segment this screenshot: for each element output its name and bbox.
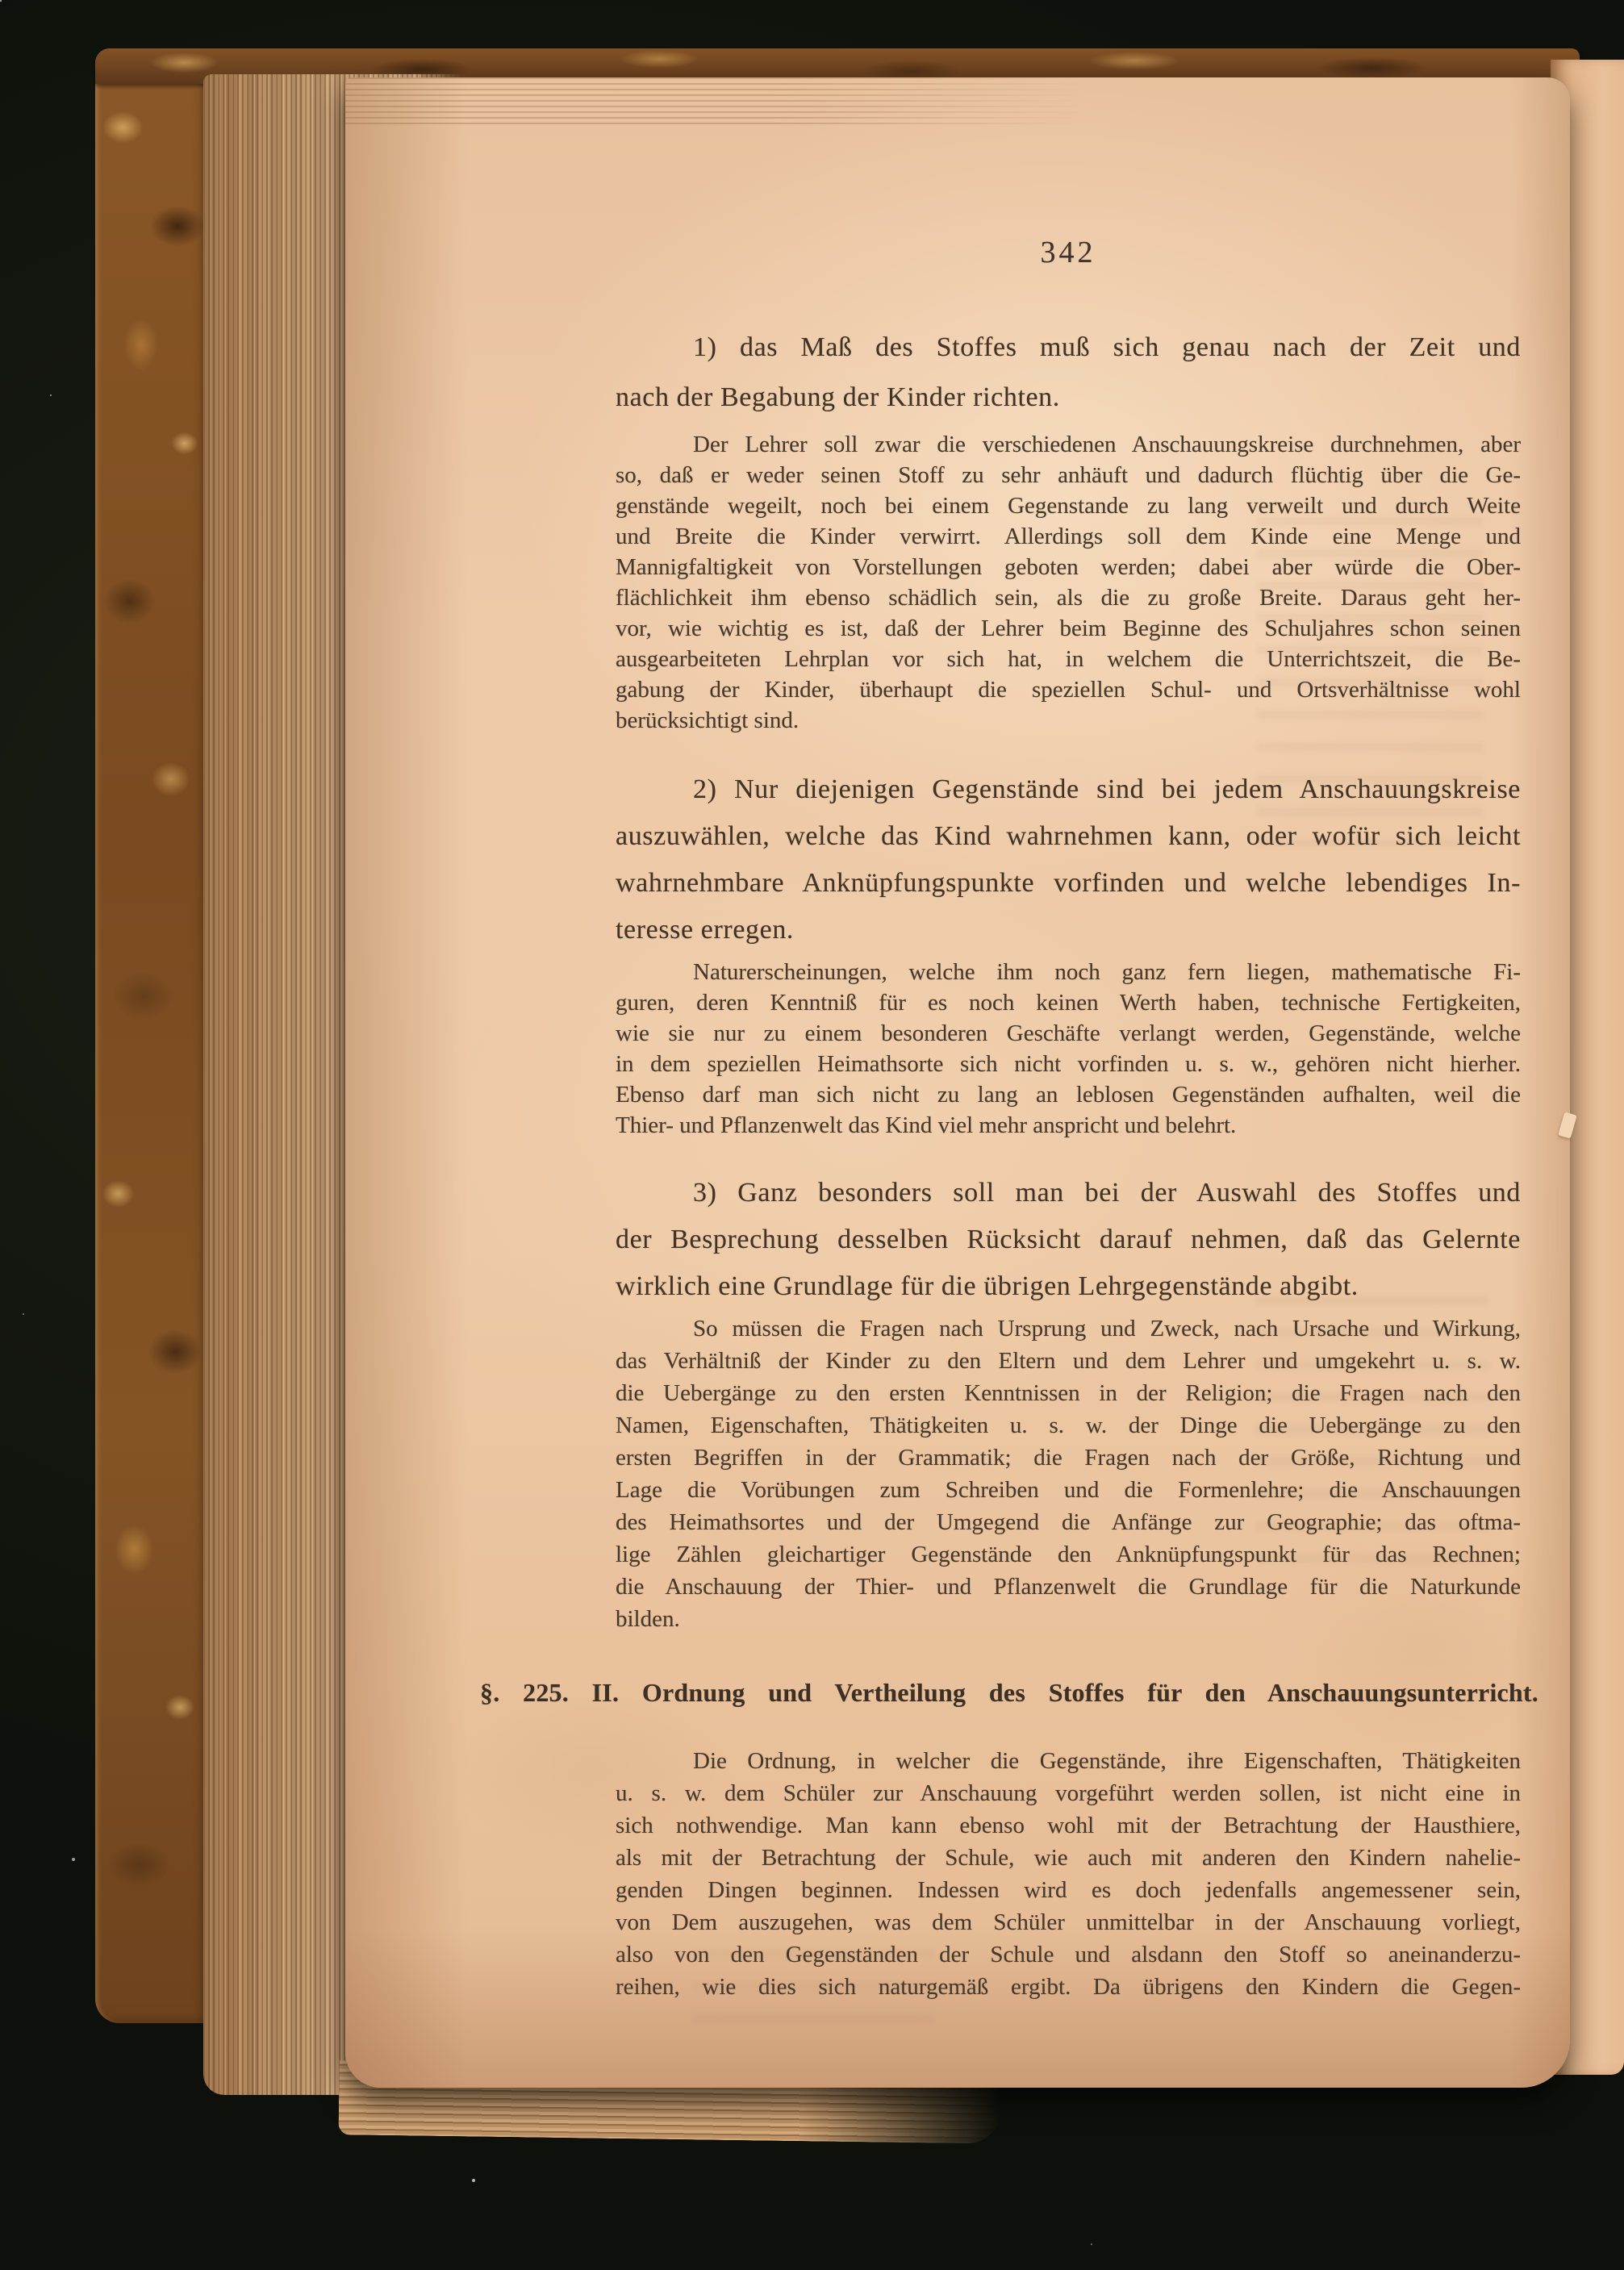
text-line: §. 225. II. Ordnung und Vertheilung des … — [480, 1674, 1538, 1711]
text-line: bilden. — [616, 1603, 1521, 1635]
text-line: auszuwählen, welche das Kind wahrnehmen … — [616, 813, 1521, 860]
text-line: genden Dingen beginnen. Indessen wird es… — [616, 1874, 1521, 1906]
body-paragraph: So müssen die Fragen nach Ursprung und Z… — [616, 1312, 1521, 1635]
text-line: in dem speziellen Heimathsorte sich nich… — [616, 1049, 1521, 1079]
page-text-block: 342 1) das Maß des Stoffes muß sich gena… — [616, 234, 1521, 2003]
page-number: 342 — [616, 234, 1521, 271]
text-line: Namen, Eigenschaften, Thätigkeiten u. s.… — [616, 1409, 1521, 1442]
text-line: sich nothwendige. Man kann ebenso wohl m… — [616, 1809, 1521, 1842]
text-line: berücksichtigt sind. — [616, 705, 1521, 736]
text-line: 1) das Maß des Stoffes muß sich genau na… — [616, 323, 1521, 373]
text-line: also von den Gegenständen der Schule und… — [616, 1938, 1521, 1971]
text-line: lige Zählen gleichartiger Gegenstände de… — [616, 1538, 1521, 1571]
text-line: Der Lehrer soll zwar die verschiedenen A… — [616, 429, 1521, 460]
book-photo: 342 1) das Maß des Stoffes muß sich gena… — [0, 0, 1624, 2270]
text-line: die Anschauung der Thier- und Pflanzenwe… — [616, 1571, 1521, 1603]
text-line: Ebenso darf man sich nicht zu lang an le… — [616, 1079, 1521, 1110]
thesis-paragraph: 1) das Maß des Stoffes muß sich genau na… — [616, 323, 1521, 423]
section-heading: §. 225. II. Ordnung und Vertheilung des … — [616, 1674, 1521, 1711]
text-line: flächlichkeit ihm ebenso schädlich sein,… — [616, 582, 1521, 613]
dust-specks — [0, 0, 2, 2]
text-line: des Heimathsortes und der Umgegend die A… — [616, 1506, 1521, 1538]
thesis-paragraph: 2) Nur diejenigen Gegenstände sind bei j… — [616, 766, 1521, 953]
book-cover-left-edge — [95, 48, 210, 2023]
text-line: wie sie nur zu einem besonderen Geschäft… — [616, 1018, 1521, 1049]
text-line: der Besprechung desselben Rücksicht dara… — [616, 1216, 1521, 1263]
text-line: So müssen die Fragen nach Ursprung und Z… — [616, 1312, 1521, 1345]
text-line: Mannigfaltigkeit von Vorstellungen gebot… — [616, 552, 1521, 582]
text-line: die Uebergänge zu den ersten Kenntnissen… — [616, 1377, 1521, 1409]
book-page: 342 1) das Maß des Stoffes muß sich gena… — [345, 77, 1570, 2088]
text-line: so, daß er weder seinen Stoff zu sehr an… — [616, 460, 1521, 490]
body-paragraph: Der Lehrer soll zwar die verschiedenen A… — [616, 429, 1521, 736]
text-line: nach der Begabung der Kinder richten. — [616, 373, 1521, 423]
text-line: u. s. w. dem Schüler zur Anschauung vorg… — [616, 1777, 1521, 1809]
text-line: teresse erregen. — [616, 907, 1521, 953]
text-line: Naturerscheinungen, welche ihm noch ganz… — [616, 957, 1521, 987]
text-line: wahrnehmbare Anknüpfungspunkte vorfinden… — [616, 860, 1521, 907]
page-top-edges — [345, 77, 1120, 126]
text-line: ausgearbeiteten Lehrplan vor sich hat, i… — [616, 644, 1521, 674]
text-paragraphs: 1) das Maß des Stoffes muß sich genau na… — [616, 323, 1521, 2003]
text-line: 2) Nur diejenigen Gegenstände sind bei j… — [616, 766, 1521, 813]
text-line: als mit der Betrachtung der Schule, wie … — [616, 1842, 1521, 1874]
text-line: wirklich eine Grundlage für die übrigen … — [616, 1263, 1521, 1310]
body-paragraph: Naturerscheinungen, welche ihm noch ganz… — [616, 957, 1521, 1141]
text-line: Lage die Vorübungen zum Schreiben und di… — [616, 1474, 1521, 1506]
text-line: guren, deren Kenntniß für es noch keinen… — [616, 987, 1521, 1018]
text-line: reihen, wie dies sich naturgemäß ergibt.… — [616, 1971, 1521, 2003]
text-line: 3) Ganz besonders soll man bei der Auswa… — [616, 1170, 1521, 1216]
thesis-paragraph: 3) Ganz besonders soll man bei der Auswa… — [616, 1170, 1521, 1310]
text-line: genstände wegeilt, noch bei einem Gegens… — [616, 490, 1521, 521]
text-line: vor, wie wichtig es ist, daß der Lehrer … — [616, 613, 1521, 644]
body-paragraph: Die Ordnung, in welcher die Gegenstände,… — [616, 1745, 1521, 2003]
text-line: Thier- und Pflanzenwelt das Kind viel me… — [616, 1110, 1521, 1141]
text-line: Die Ordnung, in welcher die Gegenstände,… — [616, 1745, 1521, 1777]
text-line: und Breite die Kinder verwirrt. Allerdin… — [616, 521, 1521, 552]
text-line: ersten Begriffen in der Grammatik; die F… — [616, 1442, 1521, 1474]
text-line: das Verhältniß der Kinder zu den Eltern … — [616, 1345, 1521, 1377]
text-line: von Dem auszugehen, was dem Schüler unmi… — [616, 1906, 1521, 1938]
text-line: gabung der Kinder, überhaupt die speziel… — [616, 674, 1521, 705]
